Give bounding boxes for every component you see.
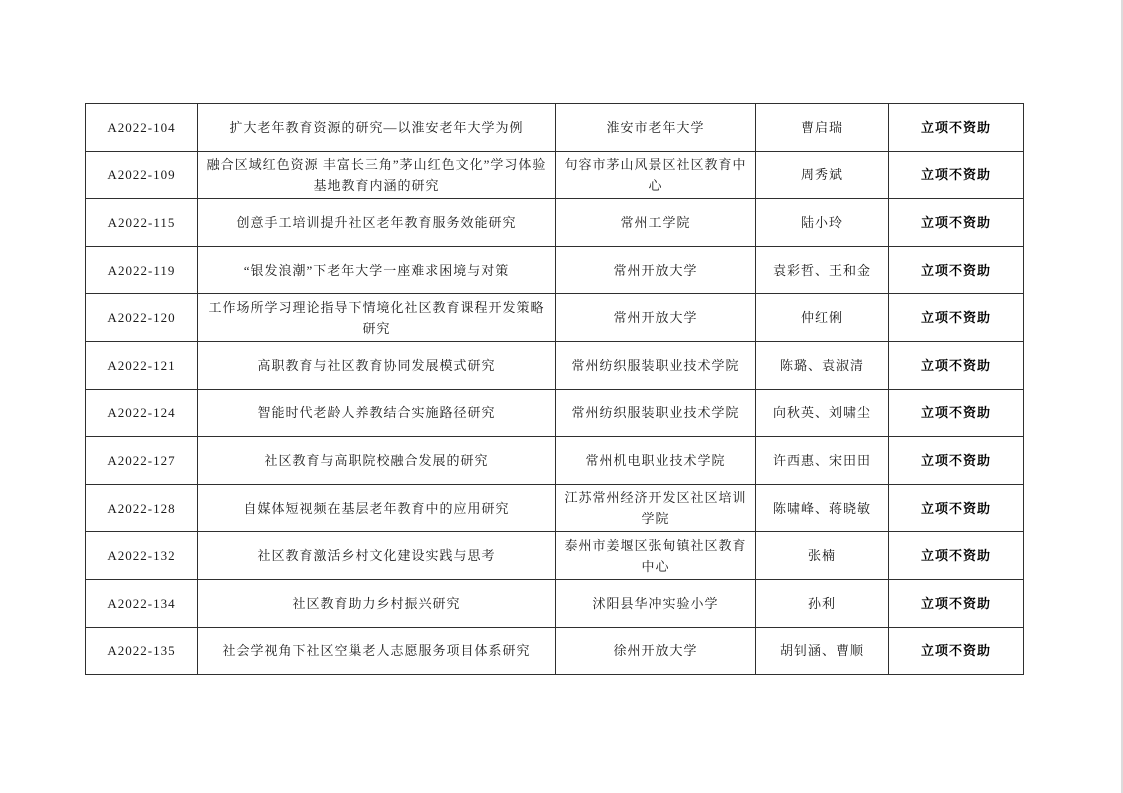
- leader-names-cell: 陆小玲: [756, 199, 889, 247]
- status-cell: 立项不资助: [889, 484, 1024, 532]
- project-id-cell: A2022-127: [86, 437, 198, 485]
- status-cell: 立项不资助: [889, 199, 1024, 247]
- leader-names-cell: 袁彩哲、王和金: [756, 246, 889, 294]
- leader-names-cell: 向秋英、刘啸尘: [756, 389, 889, 437]
- leader-names-cell: 胡钊涵、曹顺: [756, 627, 889, 675]
- leader-names-cell: 许西惠、宋田田: [756, 437, 889, 485]
- grant-results-table: A2022-104 扩大老年教育资源的研究—以淮安老年大学为例 淮安市老年大学 …: [85, 103, 1024, 675]
- project-title-cell: 社区教育激活乡村文化建设实践与思考: [198, 532, 556, 580]
- institution-cell: 常州纺织服装职业技术学院: [556, 341, 756, 389]
- institution-cell: 江苏常州经济开发区社区培训学院: [556, 484, 756, 532]
- project-id-cell: A2022-128: [86, 484, 198, 532]
- table-row: A2022-128 自媒体短视频在基层老年教育中的应用研究 江苏常州经济开发区社…: [86, 484, 1024, 532]
- institution-cell: 常州开放大学: [556, 294, 756, 342]
- project-title-cell: 工作场所学习理论指导下情境化社区教育课程开发策略研究: [198, 294, 556, 342]
- project-title-cell: “银发浪潮”下老年大学一座难求困境与对策: [198, 246, 556, 294]
- project-id-cell: A2022-104: [86, 104, 198, 152]
- institution-cell: 淮安市老年大学: [556, 104, 756, 152]
- institution-cell: 常州机电职业技术学院: [556, 437, 756, 485]
- table-row: A2022-134 社区教育助力乡村振兴研究 沭阳县华冲实验小学 孙利 立项不资…: [86, 579, 1024, 627]
- project-title-cell: 融合区域红色资源 丰富长三角”茅山红色文化”学习体验基地教育内涵的研究: [198, 151, 556, 199]
- leader-names-cell: 孙利: [756, 579, 889, 627]
- project-id-cell: A2022-115: [86, 199, 198, 247]
- table-row: A2022-124 智能时代老龄人养教结合实施路径研究 常州纺织服装职业技术学院…: [86, 389, 1024, 437]
- table-row: A2022-109 融合区域红色资源 丰富长三角”茅山红色文化”学习体验基地教育…: [86, 151, 1024, 199]
- project-title-cell: 社会学视角下社区空巢老人志愿服务项目体系研究: [198, 627, 556, 675]
- status-cell: 立项不资助: [889, 246, 1024, 294]
- institution-cell: 常州纺织服装职业技术学院: [556, 389, 756, 437]
- leader-names-cell: 仲红俐: [756, 294, 889, 342]
- document-page: A2022-104 扩大老年教育资源的研究—以淮安老年大学为例 淮安市老年大学 …: [0, 0, 1123, 793]
- project-title-cell: 社区教育与高职院校融合发展的研究: [198, 437, 556, 485]
- table-row: A2022-127 社区教育与高职院校融合发展的研究 常州机电职业技术学院 许西…: [86, 437, 1024, 485]
- institution-cell: 泰州市姜堰区张甸镇社区教育中心: [556, 532, 756, 580]
- status-cell: 立项不资助: [889, 104, 1024, 152]
- status-cell: 立项不资助: [889, 151, 1024, 199]
- project-id-cell: A2022-134: [86, 579, 198, 627]
- project-title-cell: 智能时代老龄人养教结合实施路径研究: [198, 389, 556, 437]
- project-id-cell: A2022-124: [86, 389, 198, 437]
- project-id-cell: A2022-132: [86, 532, 198, 580]
- project-title-cell: 自媒体短视频在基层老年教育中的应用研究: [198, 484, 556, 532]
- institution-cell: 徐州开放大学: [556, 627, 756, 675]
- status-cell: 立项不资助: [889, 437, 1024, 485]
- status-cell: 立项不资助: [889, 341, 1024, 389]
- project-id-cell: A2022-119: [86, 246, 198, 294]
- table-row: A2022-120 工作场所学习理论指导下情境化社区教育课程开发策略研究 常州开…: [86, 294, 1024, 342]
- project-title-cell: 扩大老年教育资源的研究—以淮安老年大学为例: [198, 104, 556, 152]
- status-cell: 立项不资助: [889, 294, 1024, 342]
- status-cell: 立项不资助: [889, 389, 1024, 437]
- project-title-cell: 创意手工培训提升社区老年教育服务效能研究: [198, 199, 556, 247]
- institution-cell: 常州开放大学: [556, 246, 756, 294]
- institution-cell: 常州工学院: [556, 199, 756, 247]
- leader-names-cell: 曹启瑞: [756, 104, 889, 152]
- leader-names-cell: 陈啸峰、蒋晓敏: [756, 484, 889, 532]
- status-cell: 立项不资助: [889, 627, 1024, 675]
- status-cell: 立项不资助: [889, 532, 1024, 580]
- table-row: A2022-115 创意手工培训提升社区老年教育服务效能研究 常州工学院 陆小玲…: [86, 199, 1024, 247]
- table-row: A2022-119 “银发浪潮”下老年大学一座难求困境与对策 常州开放大学 袁彩…: [86, 246, 1024, 294]
- table-body: A2022-104 扩大老年教育资源的研究—以淮安老年大学为例 淮安市老年大学 …: [86, 104, 1024, 675]
- institution-cell: 句容市茅山风景区社区教育中心: [556, 151, 756, 199]
- table-row: A2022-104 扩大老年教育资源的研究—以淮安老年大学为例 淮安市老年大学 …: [86, 104, 1024, 152]
- table-row: A2022-135 社会学视角下社区空巢老人志愿服务项目体系研究 徐州开放大学 …: [86, 627, 1024, 675]
- project-title-cell: 社区教育助力乡村振兴研究: [198, 579, 556, 627]
- leader-names-cell: 陈璐、袁淑清: [756, 341, 889, 389]
- project-title-cell: 高职教育与社区教育协同发展模式研究: [198, 341, 556, 389]
- leader-names-cell: 周秀斌: [756, 151, 889, 199]
- table-row: A2022-132 社区教育激活乡村文化建设实践与思考 泰州市姜堰区张甸镇社区教…: [86, 532, 1024, 580]
- project-id-cell: A2022-135: [86, 627, 198, 675]
- project-id-cell: A2022-120: [86, 294, 198, 342]
- leader-names-cell: 张楠: [756, 532, 889, 580]
- project-id-cell: A2022-109: [86, 151, 198, 199]
- table-row: A2022-121 高职教育与社区教育协同发展模式研究 常州纺织服装职业技术学院…: [86, 341, 1024, 389]
- status-cell: 立项不资助: [889, 579, 1024, 627]
- project-id-cell: A2022-121: [86, 341, 198, 389]
- institution-cell: 沭阳县华冲实验小学: [556, 579, 756, 627]
